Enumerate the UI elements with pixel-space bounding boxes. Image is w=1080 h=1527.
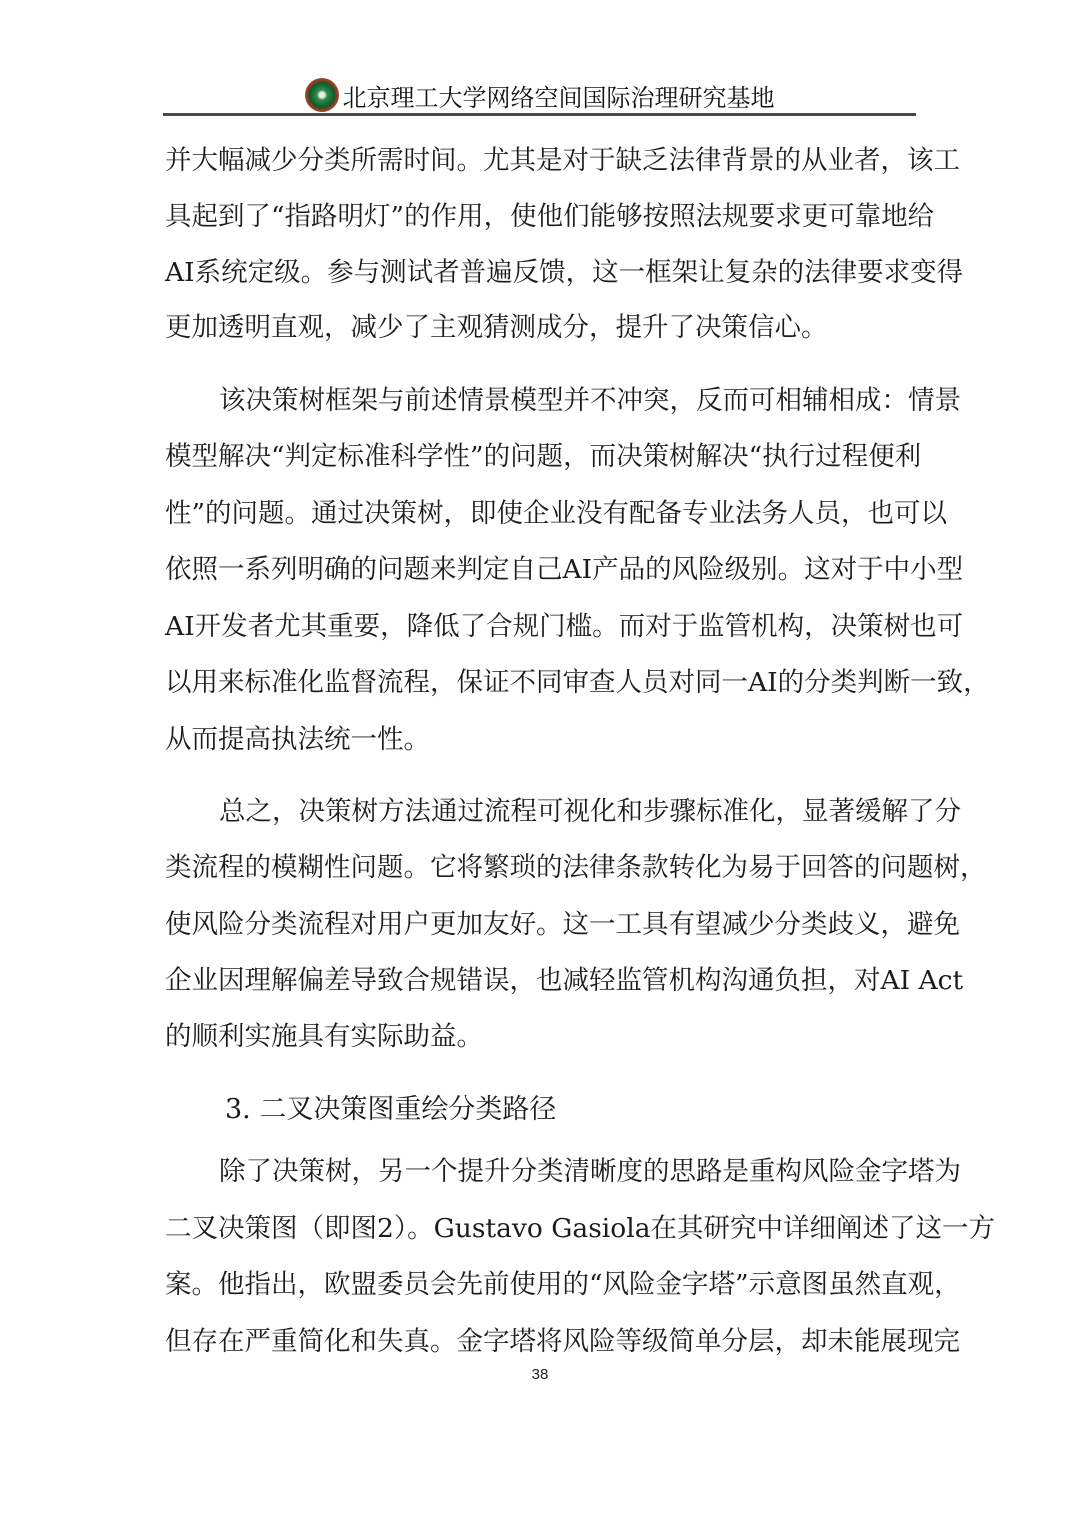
- paragraph-3-line-5: 的顺利实施具有实际助益。: [165, 1017, 917, 1057]
- paragraph-4-line-1: 除了决策树，另一个提升分类清晰度的思路是重构风险金字塔为: [219, 1152, 917, 1192]
- paragraph-2-line-6: 以用来标准化监督流程，保证不同审查人员对同一AI的分类判断一致，: [165, 663, 917, 703]
- paragraph-3-line-2: 类流程的模糊性问题。它将繁琐的法律条款转化为易于回答的问题树，: [165, 848, 917, 888]
- paragraph-2-line-3: 性”的问题。通过决策树，即使企业没有配备专业法务人员，也可以: [165, 494, 917, 534]
- paragraph-2-line-4: 依照一系列明确的问题来判定自己AI产品的风险级别。这对于中小型: [165, 550, 917, 590]
- paragraph-3-line-4: 企业因理解偏差导致合规错误，也减轻监管机构沟通负担，对AI Act: [165, 961, 917, 1001]
- paragraph-1-line-4: 更加透明直观，减少了主观猜测成分，提升了决策信心。: [165, 308, 917, 348]
- paragraph-4-line-2: 二叉决策图（即图2）。Gustavo Gasiola在其研究中详细阐述了这一方: [165, 1209, 917, 1249]
- paragraph-3-line-3: 使风险分类流程对用户更加友好。这一工具有望减少分类歧义，避免: [165, 905, 917, 945]
- header-divider: [163, 113, 916, 116]
- paragraph-1-line-1: 并大幅减少分类所需时间。尤其是对于缺乏法律背景的从业者，该工: [165, 141, 917, 181]
- page-number: 38: [0, 1366, 1080, 1383]
- paragraph-2-line-2: 模型解决“判定标准科学性”的问题，而决策树解决“执行过程便利: [165, 437, 917, 477]
- university-seal-icon: [305, 78, 339, 112]
- section-heading: 3. 二叉决策图重绘分类路径: [225, 1090, 556, 1130]
- paragraph-2-line-7: 从而提高执法统一性。: [165, 720, 917, 760]
- paragraph-2-line-1: 该决策树框架与前述情景模型并不冲突，反而可相辅相成：情景: [219, 381, 917, 421]
- paragraph-3-line-1: 总之，决策树方法通过流程可视化和步骤标准化，显著缓解了分: [219, 792, 917, 832]
- paragraph-4-line-4: 但存在严重简化和失真。金字塔将风险等级简单分层，却未能展现完: [165, 1322, 917, 1362]
- document-header: 北京理工大学网络空间国际治理研究基地: [163, 72, 916, 114]
- paragraph-1-line-3: AI系统定级。参与测试者普遍反馈，这一框架让复杂的法律要求变得: [165, 253, 917, 293]
- paragraph-2-line-5: AI开发者尤其重要，降低了合规门槛。而对于监管机构，决策树也可: [165, 607, 917, 647]
- header-title: 北京理工大学网络空间国际治理研究基地: [343, 78, 775, 113]
- paragraph-1-line-2: 具起到了“指路明灯”的作用，使他们能够按照法规要求更可靠地给: [165, 197, 917, 237]
- paragraph-4-line-3: 案。他指出，欧盟委员会先前使用的“风险金字塔”示意图虽然直观，: [165, 1265, 917, 1305]
